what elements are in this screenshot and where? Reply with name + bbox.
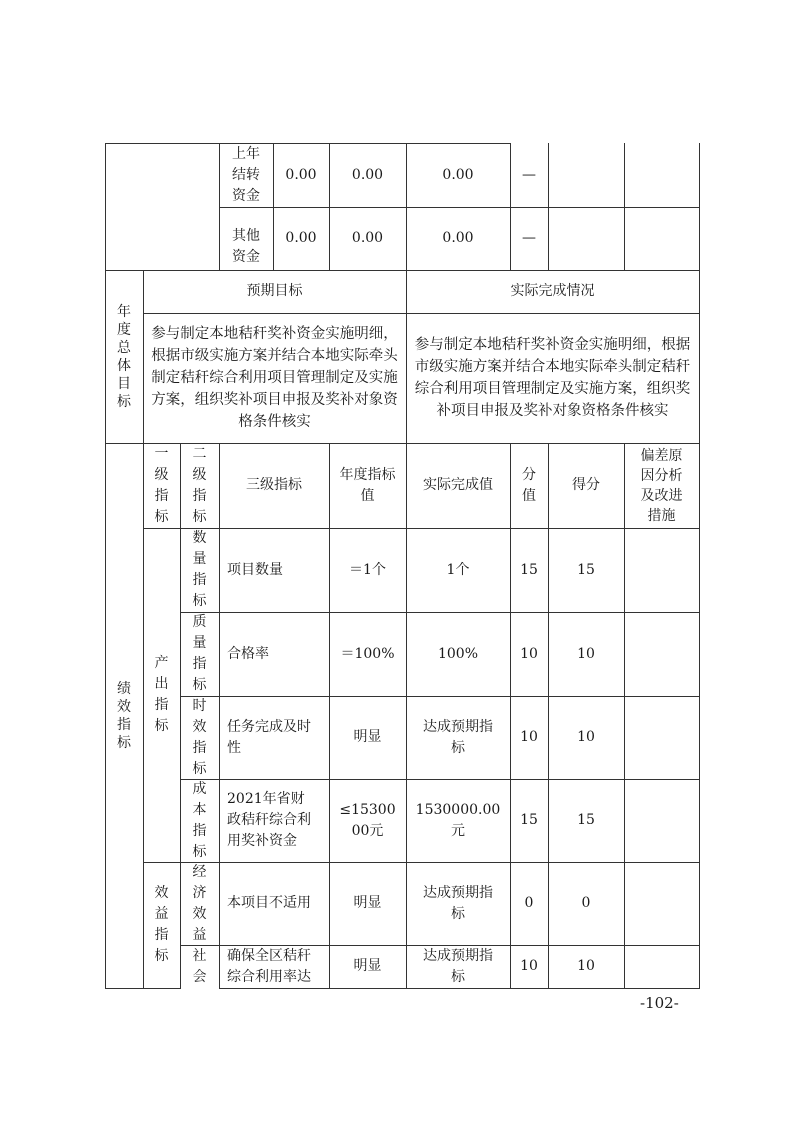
level3-cell: 任务完成及时性 bbox=[219, 696, 329, 779]
weight-cell: 10 bbox=[510, 945, 548, 988]
score-cell: 10 bbox=[548, 612, 624, 696]
actual-value-label: 达成预期指标 bbox=[422, 883, 495, 925]
level2-cell: 成本指标 bbox=[180, 779, 219, 862]
header-actual-value: 实际完成值 bbox=[406, 443, 510, 528]
level2-cell: 质量指标 bbox=[180, 612, 219, 696]
deviation-cell bbox=[624, 696, 699, 779]
level3-label: 确保全区秸秆综合利用率达 bbox=[227, 946, 315, 988]
weight-cell: 10 bbox=[510, 696, 548, 779]
performance-label: 绩效指标 bbox=[117, 680, 131, 752]
deviation-cell bbox=[624, 528, 699, 612]
funding-value-5 bbox=[548, 207, 624, 270]
weight-cell: 0 bbox=[510, 862, 548, 945]
actual-value-cell: 1个 bbox=[406, 528, 510, 612]
header-deviation: 偏差原因分析及改进措施 bbox=[640, 446, 683, 526]
level3-cell: 本项目不适用 bbox=[219, 862, 329, 945]
level1-benefit-cell: 效益指标 bbox=[143, 862, 180, 988]
funding-label: 上年结转资金 bbox=[232, 144, 260, 207]
performance-label-cell: 绩效指标 bbox=[105, 443, 143, 988]
header-score: 得分 bbox=[548, 443, 624, 528]
level2-cell: 数量指标 bbox=[180, 528, 219, 612]
header-level2: 二级指标 bbox=[193, 444, 207, 528]
funding-label: 其他资金 bbox=[232, 226, 260, 268]
funding-value-6 bbox=[624, 207, 699, 270]
funding-value-4: — bbox=[510, 143, 548, 207]
score-cell: 15 bbox=[548, 779, 624, 862]
actual-completion-header: 实际完成情况 bbox=[406, 270, 699, 313]
weight-cell: 15 bbox=[510, 528, 548, 612]
header-level1-cell: 一级指标 bbox=[143, 443, 180, 528]
actual-value-label: 达成预期指标 bbox=[422, 946, 495, 988]
funding-value-3: 0.00 bbox=[406, 143, 510, 207]
level2-label: 经济效益 bbox=[193, 862, 207, 946]
actual-value-cell: 达成预期指标 bbox=[406, 696, 510, 779]
actual-value-label: 1530000.00元 bbox=[412, 800, 504, 842]
funding-value-2: 0.00 bbox=[329, 143, 406, 207]
weight-cell: 15 bbox=[510, 779, 548, 862]
funding-value-1: 0.00 bbox=[273, 207, 329, 270]
level2-label: 数量指标 bbox=[193, 528, 207, 612]
level3-cell: 项目数量 bbox=[219, 528, 329, 612]
score-cell: 15 bbox=[548, 528, 624, 612]
score-cell: 0 bbox=[548, 862, 624, 945]
header-weight: 分值 bbox=[522, 465, 536, 507]
header-level1: 一级指标 bbox=[155, 444, 169, 528]
annual-value-cell: 明显 bbox=[329, 862, 406, 945]
level2-cell: 经济效益 bbox=[180, 862, 219, 945]
header-annual-value-cell: 年度指标值 bbox=[329, 443, 406, 528]
header-deviation-cell: 偏差原因分析及改进措施 bbox=[624, 443, 699, 528]
header-level2-cell: 二级指标 bbox=[180, 443, 219, 528]
header-annual-value: 年度指标值 bbox=[338, 465, 397, 507]
level3-label: 2021年省财政秸秆综合利用奖补资金 bbox=[227, 789, 315, 852]
actual-value-label: 达成预期指标 bbox=[422, 717, 495, 759]
deviation-cell bbox=[624, 945, 699, 988]
annual-value-cell: ＝1个 bbox=[329, 528, 406, 612]
annual-goal-label-cell: 年度总体目标 bbox=[105, 270, 143, 443]
funding-value-6 bbox=[624, 143, 699, 207]
level2-label: 时效指标 bbox=[193, 696, 207, 780]
score-cell: 10 bbox=[548, 945, 624, 988]
annual-value-cell: 明显 bbox=[329, 696, 406, 779]
level2-cell: 时效指标 bbox=[180, 696, 219, 779]
funding-value-4: — bbox=[510, 207, 548, 270]
annual-value-label: ≤1530000元 bbox=[335, 800, 399, 842]
funding-value-2: 0.00 bbox=[329, 207, 406, 270]
deviation-cell bbox=[624, 612, 699, 696]
deviation-cell bbox=[624, 862, 699, 945]
level2-label: 社会 bbox=[193, 946, 207, 988]
funding-value-1: 0.00 bbox=[273, 143, 329, 207]
annual-value-cell: ≤1530000元 bbox=[329, 779, 406, 862]
level3-cell: 合格率 bbox=[219, 612, 329, 696]
funding-label-cell: 其他资金 bbox=[219, 207, 273, 270]
funding-value-5 bbox=[548, 143, 624, 207]
level3-label: 任务完成及时性 bbox=[227, 717, 314, 759]
annual-value-cell: 明显 bbox=[329, 945, 406, 988]
score-cell: 10 bbox=[548, 696, 624, 779]
level3-cell: 确保全区秸秆综合利用率达 bbox=[219, 945, 329, 988]
level1-output: 产出指标 bbox=[155, 653, 169, 737]
header-weight-cell: 分值 bbox=[510, 443, 548, 528]
annual-value-cell: ＝100% bbox=[329, 612, 406, 696]
level3-cell: 2021年省财政秸秆综合利用奖补资金 bbox=[219, 779, 329, 862]
level2-label: 质量指标 bbox=[193, 612, 207, 696]
actual-value-cell: 达成预期指标 bbox=[406, 945, 510, 988]
deviation-cell bbox=[624, 779, 699, 862]
actual-value-cell: 100% bbox=[406, 612, 510, 696]
weight-cell: 10 bbox=[510, 612, 548, 696]
header-level3: 三级指标 bbox=[219, 443, 329, 528]
expected-goal-header: 预期目标 bbox=[143, 270, 406, 313]
expected-goal-text: 参与制定本地秸秆奖补资金实施明细，根据市级实施方案并结合本地实际牵头制定秸秆综合… bbox=[143, 313, 406, 443]
level1-output-cell: 产出指标 bbox=[143, 528, 180, 862]
level2-label: 成本指标 bbox=[193, 779, 207, 863]
actual-value-cell: 达成预期指标 bbox=[406, 862, 510, 945]
funding-label-cell: 上年结转资金 bbox=[219, 143, 273, 207]
level2-cell: 社会 bbox=[180, 945, 219, 988]
annual-goal-label: 年度总体目标 bbox=[117, 303, 131, 411]
level1-benefit: 效益指标 bbox=[155, 883, 169, 967]
page-number: -102- bbox=[640, 994, 679, 1012]
funding-value-3: 0.00 bbox=[406, 207, 510, 270]
actual-value-cell: 1530000.00元 bbox=[406, 779, 510, 862]
actual-completion-text: 参与制定本地秸秆奖补资金实施明细，根据市级实施方案并结合本地实际牵头制定秸秆综合… bbox=[406, 313, 699, 443]
